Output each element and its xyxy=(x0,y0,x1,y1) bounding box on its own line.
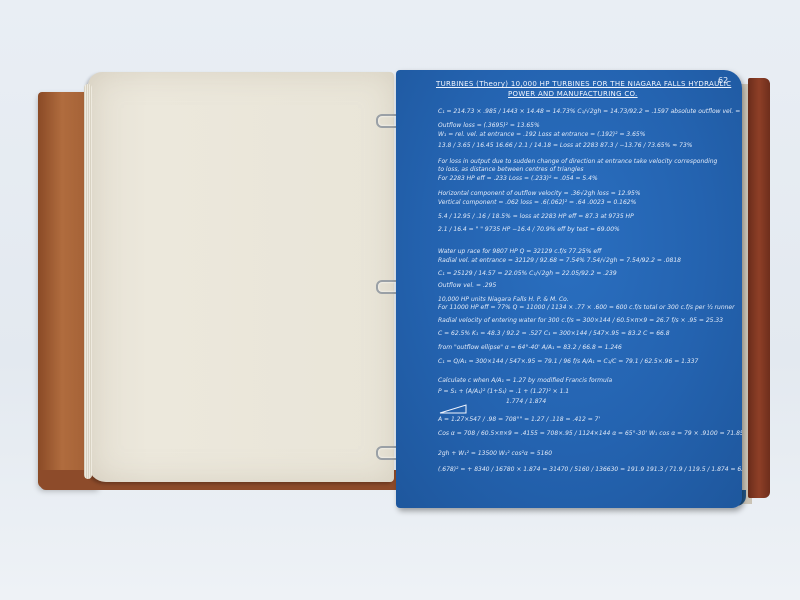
calc-line: 2gh + W₁² = 13500 W₁² cos²α = 5160 xyxy=(438,450,552,457)
title-line-1: TURBINES (Theory) 10,000 HP TURBINES FOR… xyxy=(436,80,731,88)
calc-line: P = S₁ + (A/A₁)² (1+S₁) = .1 + (1.27)² ×… xyxy=(438,388,569,395)
calc-line: Calculate c when A/A₁ = 1.27 by modified… xyxy=(438,377,612,384)
calc-line: Cos α = 708 / 60.5×π×9 = .4155 = 708×.95… xyxy=(438,430,742,437)
calc-line: 10,000 HP units Niagara Falls H. P. & M.… xyxy=(438,296,569,303)
calc-line: from "outflow ellipse" α = 64°-40' A/A₁ … xyxy=(438,344,622,351)
calc-line: Horizontal component of outflow velocity… xyxy=(438,190,641,197)
left-blank-page xyxy=(88,72,394,482)
calc-line: to loss, as distance between centres of … xyxy=(438,166,584,173)
calc-line: Vertical component = .062 loss = .6(.062… xyxy=(438,199,636,206)
spine xyxy=(748,78,770,498)
calc-line: C₁ = Q/A₁ = 300×144 / 547×.95 = 79.1 / 9… xyxy=(438,358,698,365)
calc-line: Outflow loss = (.3695)² = 13.65% xyxy=(438,122,540,129)
blueprint-page: 62 TURBINES (Theory) 10,000 HP TURBINES … xyxy=(396,70,742,508)
calc-line: (.678)² = + 8340 / 16780 × 1.874 = 31470… xyxy=(438,466,742,473)
calc-line: Radial vel. at entrance = 32129 / 92.68 … xyxy=(438,257,681,264)
calc-line: Water up race for 9807 HP Q = 32129 c.f/… xyxy=(438,248,601,255)
title-line-2: POWER AND MANUFACTURING CO. xyxy=(508,90,638,98)
calc-line: 2.1 / 16.4 = " " 9735 HP −16.4 / 70.9% e… xyxy=(438,226,620,233)
calc-line: 13.8 / 3.65 / 16.45 16.66 / 2.1 / 14.18 … xyxy=(438,142,692,149)
velocity-triangle-sketch xyxy=(438,403,468,415)
calc-line: A = 1.27×547 / .98 = 708°" = 1.27 / .118… xyxy=(438,416,600,423)
calc-line: C₁ = 25129 / 14.57 = 22.05% C₁/√2gh = 22… xyxy=(438,270,617,277)
calc-line: Radial velocity of entering water for 30… xyxy=(438,317,723,324)
calc-line: Outflow vel. = .295 xyxy=(438,282,496,289)
page-stack-edge xyxy=(84,84,92,479)
calc-line: C = 62.5% K₁ = 48.3 / 92.2 = .527 C₁ = 3… xyxy=(438,330,670,337)
calc-line: 5.4 / 12.95 / .16 / 18.5% = loss at 2283… xyxy=(438,213,634,220)
calc-line: W₁ = rel. vel. at entrance = .192 Loss a… xyxy=(438,131,645,138)
calc-line: For loss in output due to sudden change … xyxy=(438,158,717,165)
calc-line: C₁ = 214.73 × .985 / 1443 × 14.48 = 14.7… xyxy=(438,108,742,115)
calc-line: For 11000 HP eff = 77% Q = 11000 / 1134 … xyxy=(438,304,735,311)
calc-line: 1.774 / 1.874 xyxy=(506,398,546,405)
calc-line: For 2283 HP eff = .233 Loss = (.233)² = … xyxy=(438,175,598,182)
